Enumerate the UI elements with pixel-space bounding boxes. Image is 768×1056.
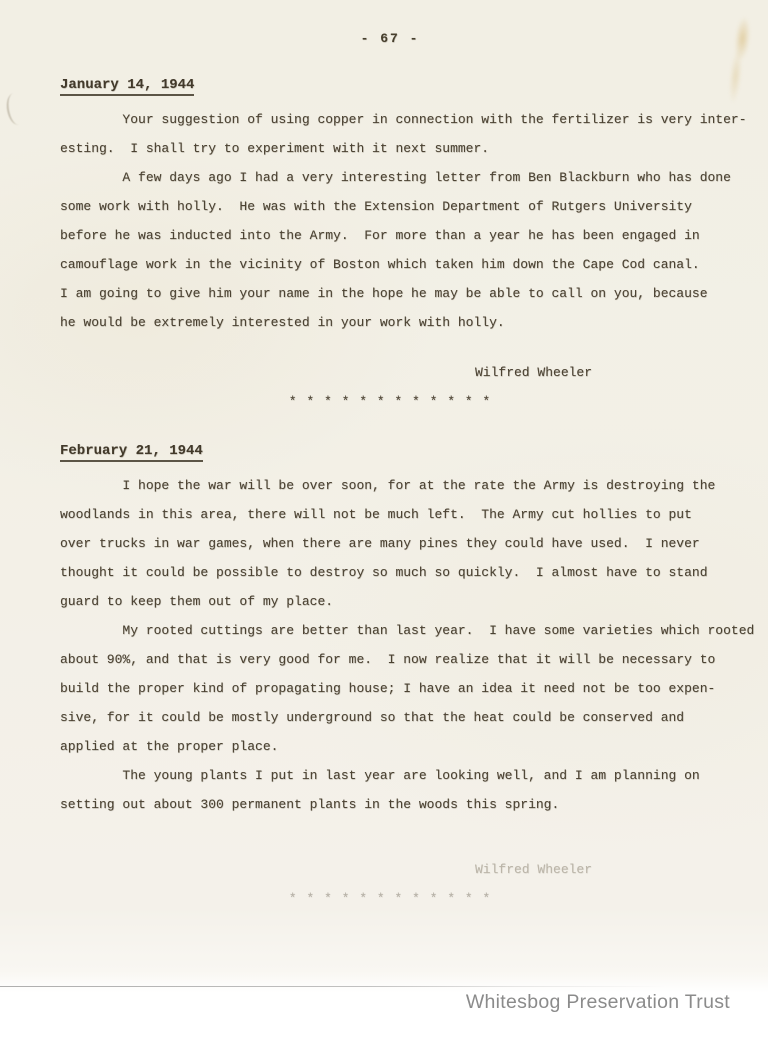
- typed-line: setting out about 300 permanent plants i…: [60, 790, 720, 819]
- watermark-text: Whitesbog Preservation Trust: [466, 991, 730, 1014]
- scanned-letter-page: - 67 - January 14, 1944 Your suggestion …: [0, 0, 768, 1056]
- entry-january-14-1944: January 14, 1944 Your suggestion of usin…: [60, 77, 720, 412]
- typed-line: I am going to give him your name in the …: [60, 279, 720, 308]
- typed-line: before he was inducted into the Army. Fo…: [60, 221, 720, 250]
- letter-body: I hope the war will be over soon, for at…: [60, 471, 720, 819]
- page-number: - 67 -: [60, 0, 720, 46]
- entry-february-21-1944: February 21, 1944 I hope the war will be…: [60, 443, 720, 909]
- typed-line: about 90%, and that is very good for me.…: [60, 645, 720, 674]
- letter-content: - 67 - January 14, 1944 Your suggestion …: [0, 0, 768, 909]
- letter-body: Your suggestion of using copper in conne…: [60, 105, 720, 337]
- asterisk-separator-faded: * * * * * * * * * * * *: [60, 889, 720, 909]
- signature: Wilfred Wheeler: [60, 363, 720, 383]
- date-heading: February 21, 1944: [60, 443, 720, 462]
- typed-line: guard to keep them out of my place.: [60, 587, 720, 616]
- typed-line: sive, for it could be mostly underground…: [60, 703, 720, 732]
- typed-line: he would be extremely interested in your…: [60, 308, 720, 337]
- typed-line: build the proper kind of propagating hou…: [60, 674, 720, 703]
- typed-line: over trucks in war games, when there are…: [60, 529, 720, 558]
- date-heading-text: January 14, 1944: [60, 77, 194, 96]
- date-heading: January 14, 1944: [60, 77, 720, 96]
- paper-background: - 67 - January 14, 1944 Your suggestion …: [0, 0, 768, 1056]
- typed-line: thought it could be possible to destroy …: [60, 558, 720, 587]
- asterisk-separator: * * * * * * * * * * * *: [60, 392, 720, 412]
- typed-line: The young plants I put in last year are …: [60, 761, 720, 790]
- typed-line: I hope the war will be over soon, for at…: [60, 471, 720, 500]
- scan-edge-line: [0, 986, 665, 987]
- date-heading-text: February 21, 1944: [60, 443, 203, 462]
- typed-line: My rooted cuttings are better than last …: [60, 616, 720, 645]
- typed-line: some work with holly. He was with the Ex…: [60, 192, 720, 221]
- signature-faded: Wilfred Wheeler: [60, 860, 720, 880]
- typed-line: Your suggestion of using copper in conne…: [60, 105, 720, 134]
- typed-line: esting. I shall try to experiment with i…: [60, 134, 720, 163]
- typed-line: woodlands in this area, there will not b…: [60, 500, 720, 529]
- typed-line: camouflage work in the vicinity of Bosto…: [60, 250, 720, 279]
- typed-line: applied at the proper place.: [60, 732, 720, 761]
- typed-line: A few days ago I had a very interesting …: [60, 163, 720, 192]
